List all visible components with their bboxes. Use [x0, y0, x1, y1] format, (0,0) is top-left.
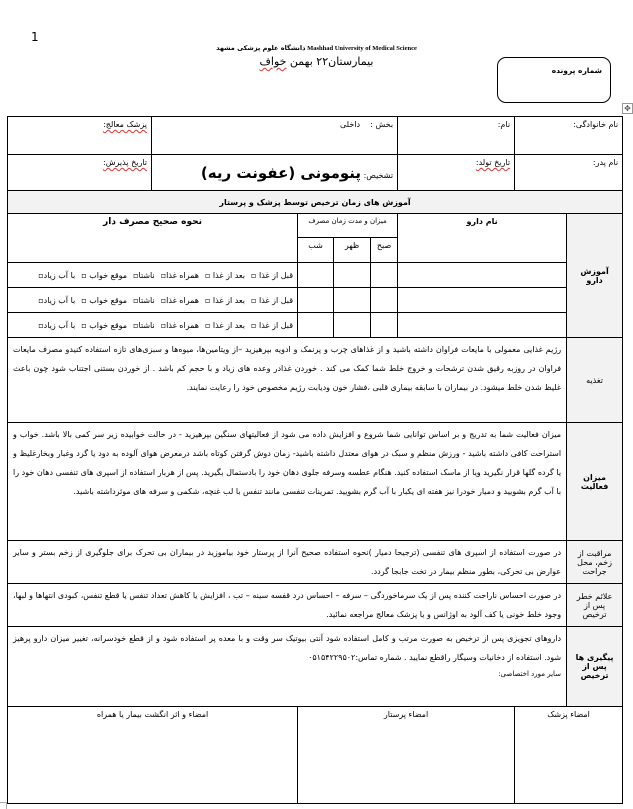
father-name-field[interactable]: نام پدر:	[515, 155, 623, 191]
hospital-name: بیمارستان۲۲ بهمن	[286, 55, 373, 68]
night-dose-input[interactable]	[298, 313, 334, 338]
table-row: قبل از غذا ▫بعد از غذا ▫همراه غذا▫ناشتا▫…	[8, 263, 623, 288]
followup-cell: داروهای تجویزی پس از ترخیص به صورت مرتب …	[8, 627, 567, 707]
nutrition-text: رژیم غذایی معمولی با مایعات فراوان داشته…	[8, 338, 567, 423]
option-bedtime[interactable]: موقع خواب ▫	[81, 321, 127, 330]
birth-date-field[interactable]: تاریخ تولد:	[398, 155, 515, 191]
morning-header: صبح	[371, 238, 398, 263]
wound-care-text: در صورت استفاده از اسپری های تنفسی (ترجی…	[8, 541, 567, 584]
ward-field[interactable]: بخش : داخلی	[152, 117, 398, 155]
drug-name-input[interactable]	[398, 263, 567, 288]
night-dose-input[interactable]	[298, 288, 334, 313]
option-fasting[interactable]: ناشتا▫	[133, 271, 155, 280]
option-fasting[interactable]: ناشتا▫	[133, 321, 155, 330]
table-row: قبل از غذا ▫بعد از غذا ▫همراه غذا▫ناشتا▫…	[8, 288, 623, 313]
option-before-meal[interactable]: قبل از غذا ▫	[251, 296, 293, 305]
diagnosis-value: پنومونی (عفونت ریه)	[201, 164, 361, 182]
table-row: قبل از غذا ▫بعد از غذا ▫همراه غذا▫ناشتا▫…	[8, 313, 623, 338]
nurse-signature[interactable]: امضاء پرستار	[298, 707, 515, 804]
other-specific-label[interactable]: سایر مورد اختصاصی:	[13, 667, 561, 681]
morning-dose-input[interactable]	[371, 288, 398, 313]
usage-header: نحوه صحیح مصرف دار	[8, 214, 298, 263]
physician-field[interactable]: پزشک معالج:	[8, 117, 152, 155]
wound-care-label: مراقبت از زخم، محل جراحت	[567, 541, 623, 584]
option-before-meal[interactable]: قبل از غذا ▫	[251, 271, 293, 280]
nutrition-label: تغذیه	[567, 338, 623, 423]
university-en: Mashhad University of Medical Science	[307, 45, 417, 52]
physician-signature[interactable]: امضاء پزشک	[515, 707, 623, 804]
hospital-city: خواف	[259, 55, 286, 68]
night-dose-input[interactable]	[298, 263, 334, 288]
option-bedtime[interactable]: موقع خواب ▫	[81, 271, 127, 280]
university-header: دانشگاه علوم پزشکی مشهد Mashhad Universi…	[0, 44, 633, 52]
last-name-field[interactable]: نام خانوادگی:	[515, 117, 623, 155]
admission-date-field[interactable]: تاریخ پذیرش:	[8, 155, 152, 191]
first-name-field[interactable]: نام:	[398, 117, 515, 155]
ward-label: بخش :	[370, 120, 393, 129]
activity-label: میزان فعالیت	[567, 423, 623, 541]
file-number-box[interactable]: شماره پرونده	[497, 57, 611, 103]
first-name-label: نام:	[498, 120, 510, 129]
option-fasting[interactable]: ناشتا▫	[133, 296, 155, 305]
option-plenty-water[interactable]: با آب زیاد▫	[38, 321, 75, 330]
university-fa: دانشگاه علوم پزشکی مشهد	[216, 44, 305, 52]
birth-date-label: تاریخ تولد:	[476, 158, 510, 167]
noon-dose-input[interactable]	[334, 288, 371, 313]
warning-signs-label: علائم خطر پس از ترخیص	[567, 584, 623, 627]
patient-signature[interactable]: امضاء و اثر انگشت بیمار یا همراه	[8, 707, 298, 804]
medication-education-label: آموزش دارو	[567, 214, 623, 338]
section-title: آموزش های زمان ترخیص توسط پزشک و پرستار	[8, 191, 623, 214]
noon-header: ظهر	[334, 238, 371, 263]
drug-name-input[interactable]	[398, 313, 567, 338]
file-number-label: شماره پرونده	[552, 66, 602, 75]
table-move-handle-icon[interactable]: ✥	[622, 103, 633, 114]
followup-text: داروهای تجویزی پس از ترخیص به صورت مرتب …	[13, 629, 561, 667]
option-with-meal[interactable]: همراه غذا▫	[161, 271, 199, 280]
option-after-meal[interactable]: بعد از غذا ▫	[205, 296, 245, 305]
diagnosis-label: تشخیص:	[364, 171, 393, 180]
drug-name-header: نام دارو	[398, 214, 567, 263]
usage-options[interactable]: قبل از غذا ▫بعد از غذا ▫همراه غذا▫ناشتا▫…	[8, 313, 298, 338]
activity-text: میزان فعالیت شما به تدریج و بر اساس توان…	[8, 423, 567, 541]
physician-label: پزشک معالج:	[103, 120, 147, 129]
option-after-meal[interactable]: بعد از غذا ▫	[205, 271, 245, 280]
dose-header: میزان و مدت زمان مصرف	[298, 214, 398, 238]
ward-value: داخلی	[340, 120, 360, 129]
end-of-cell-mark	[0, 802, 7, 809]
diagnosis-field[interactable]: تشخیص: پنومونی (عفونت ریه)	[152, 155, 398, 191]
father-name-label: نام پدر:	[593, 158, 618, 167]
noon-dose-input[interactable]	[334, 313, 371, 338]
option-plenty-water[interactable]: با آب زیاد▫	[38, 296, 75, 305]
night-header: شب	[298, 238, 334, 263]
option-with-meal[interactable]: همراه غذا▫	[161, 321, 199, 330]
discharge-form-table: نام خانوادگی: نام: بخش : داخلی پزشک معال…	[7, 116, 623, 804]
morning-dose-input[interactable]	[371, 263, 398, 288]
option-plenty-water[interactable]: با آب زیاد▫	[38, 271, 75, 280]
option-after-meal[interactable]: بعد از غذا ▫	[205, 321, 245, 330]
option-before-meal[interactable]: قبل از غذا ▫	[251, 321, 293, 330]
noon-dose-input[interactable]	[334, 263, 371, 288]
morning-dose-input[interactable]	[371, 313, 398, 338]
followup-label: پیگیری ها پس از ترخیص	[567, 627, 623, 707]
page-number: 1	[31, 30, 39, 44]
warning-signs-text: در صورت احساس ناراحت کننده پس از یک سرما…	[8, 584, 567, 627]
admission-date-label: تاریخ پذیرش:	[103, 158, 147, 167]
last-name-label: نام خانوادگی:	[573, 120, 618, 129]
drug-name-input[interactable]	[398, 288, 567, 313]
usage-options[interactable]: قبل از غذا ▫بعد از غذا ▫همراه غذا▫ناشتا▫…	[8, 288, 298, 313]
option-with-meal[interactable]: همراه غذا▫	[161, 296, 199, 305]
usage-options[interactable]: قبل از غذا ▫بعد از غذا ▫همراه غذا▫ناشتا▫…	[8, 263, 298, 288]
option-bedtime[interactable]: موقع خواب ▫	[81, 296, 127, 305]
